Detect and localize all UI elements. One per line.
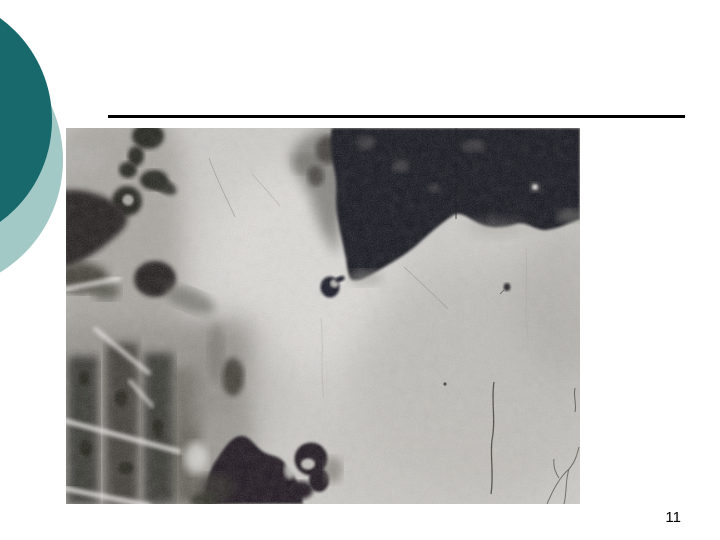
page-number: 11 xyxy=(665,509,681,526)
title-rule xyxy=(108,115,685,118)
aerial-photo xyxy=(66,128,580,504)
photo-grain xyxy=(66,128,580,504)
slide: 11 xyxy=(0,0,720,540)
